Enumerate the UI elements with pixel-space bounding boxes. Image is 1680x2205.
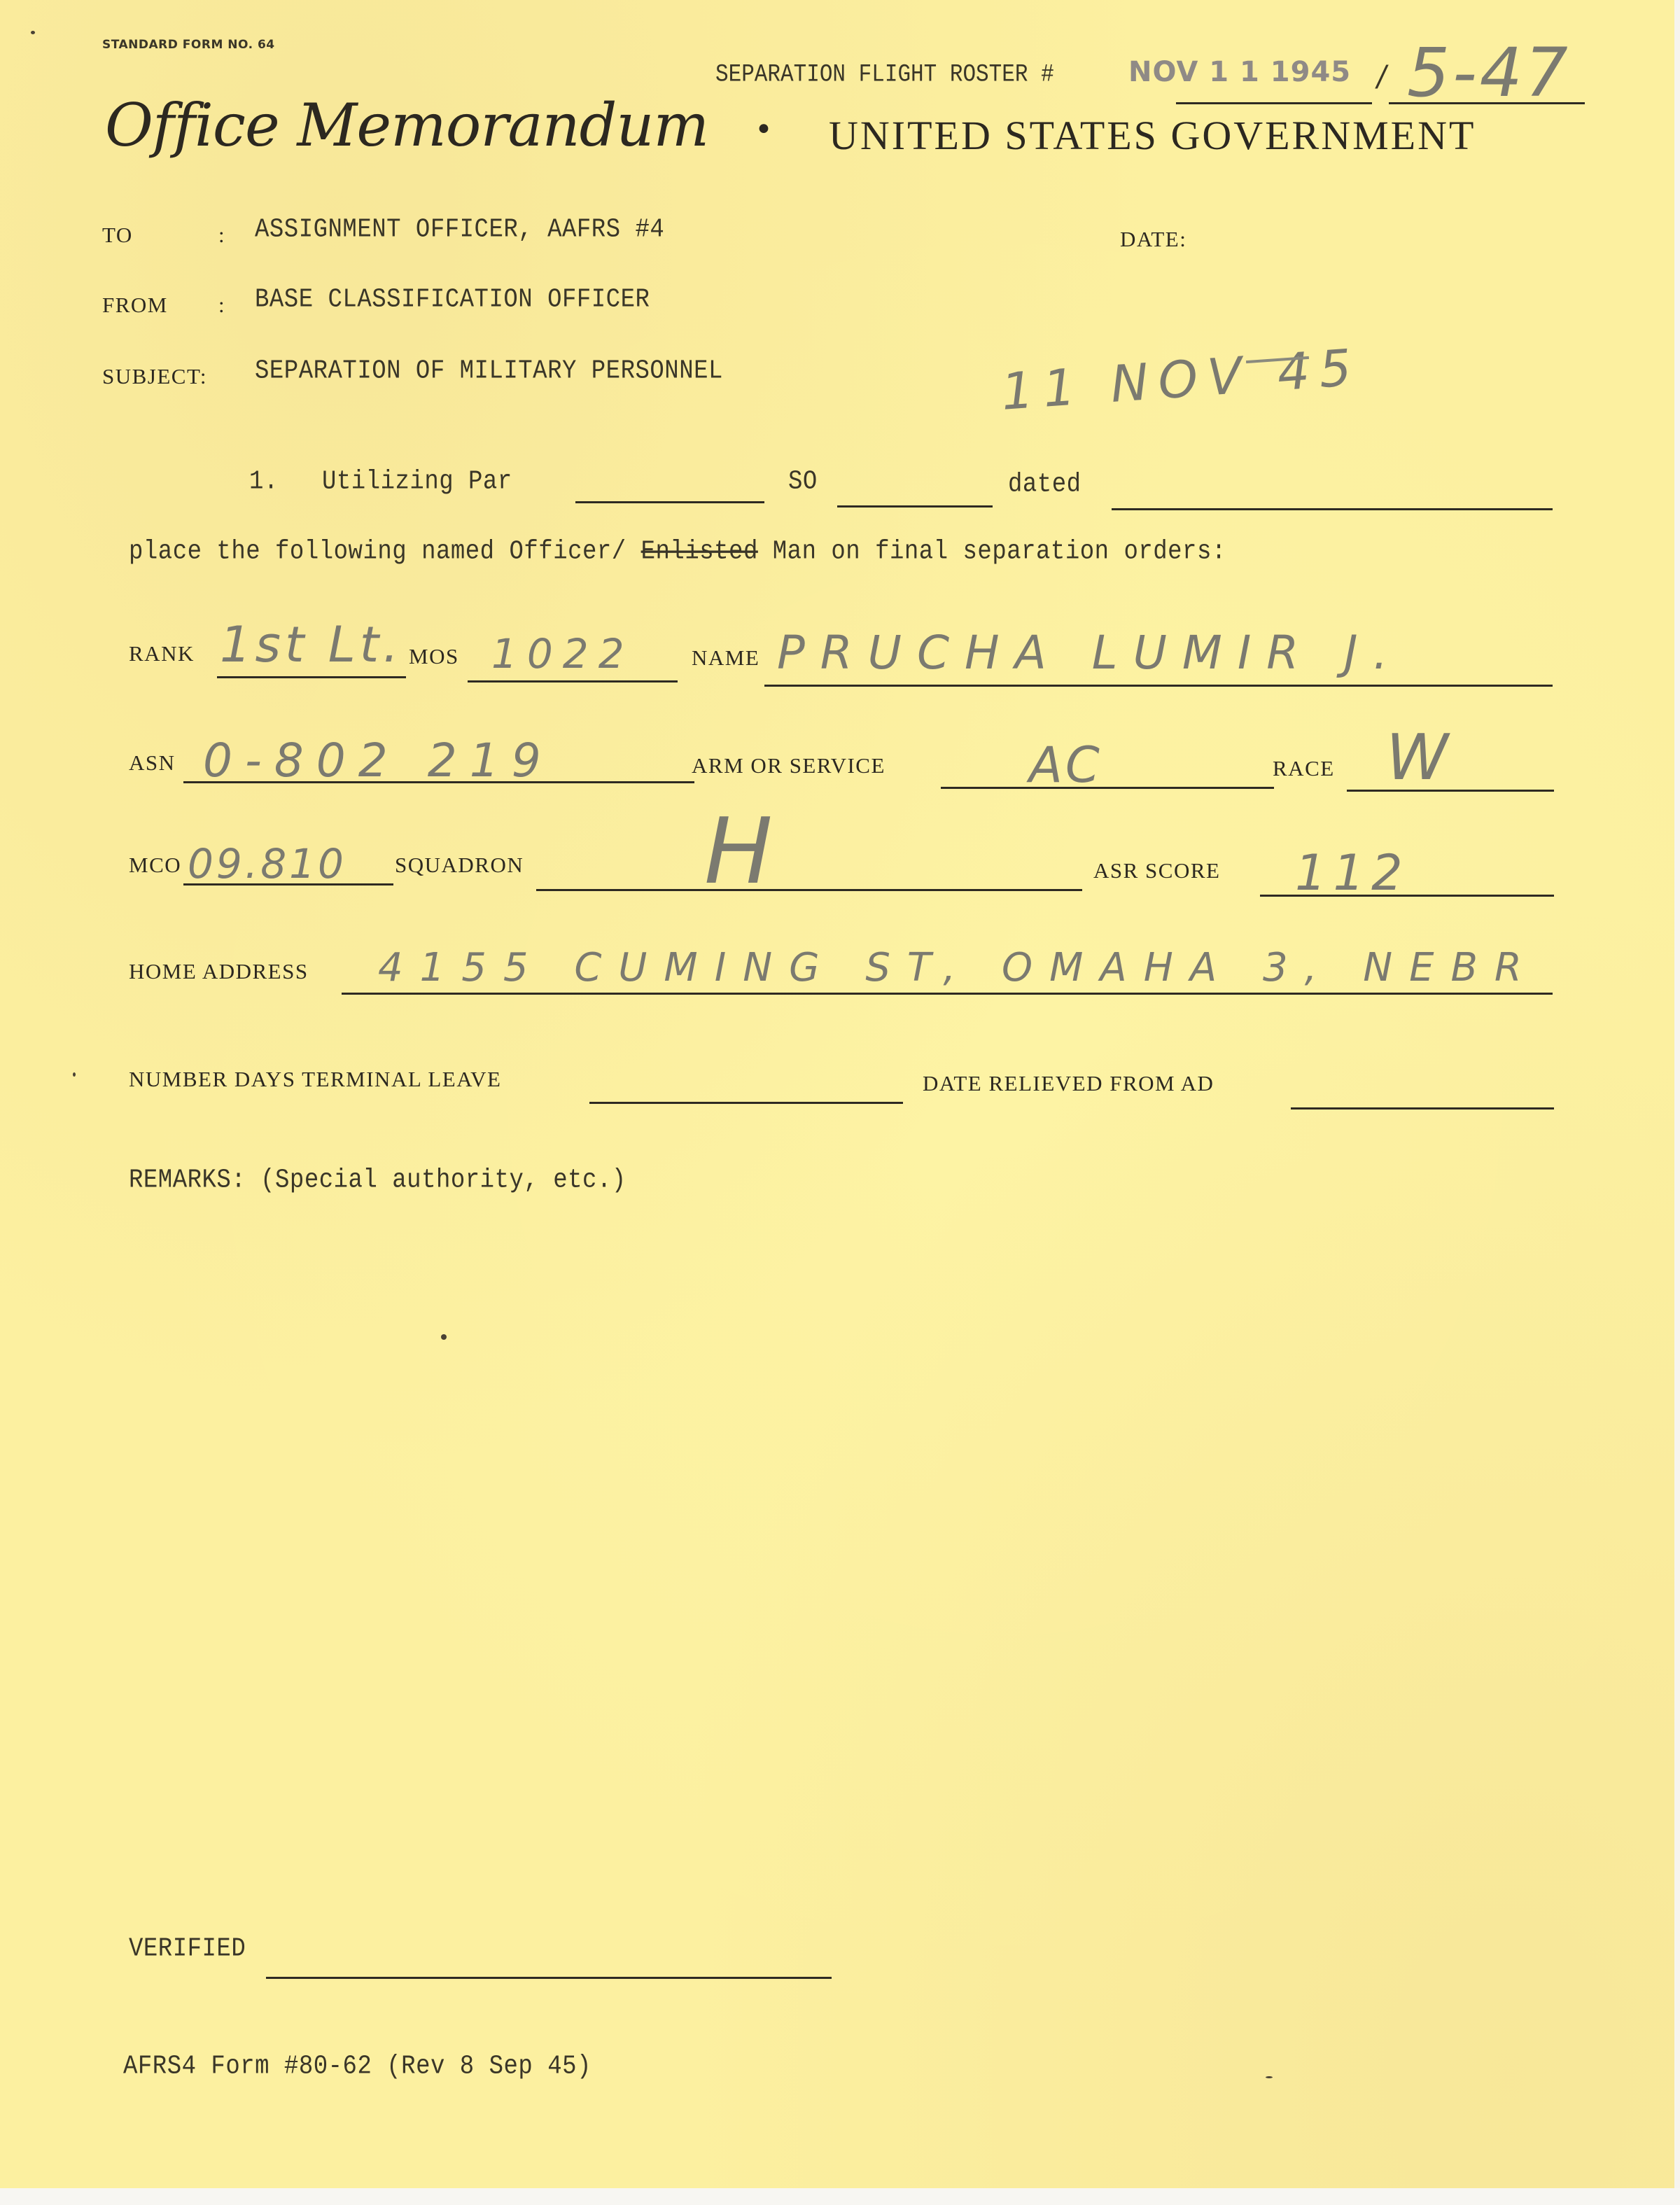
form-identifier: AFRS4 Form #80-62 (Rev 8 Sep 45)	[123, 2052, 591, 2082]
masthead-bullet: •	[755, 112, 773, 148]
terminal-leave-label: NUMBER DAYS TERMINAL LEAVE	[129, 1067, 501, 1092]
asr-score-label: ASR SCORE	[1093, 858, 1220, 883]
par-field-line[interactable]	[575, 501, 764, 503]
remarks-label: REMARKS: (Special authority, etc.)	[129, 1165, 626, 1196]
arm-service-field-line	[941, 787, 1274, 789]
utilizing-par-label: Utilizing Par	[322, 467, 512, 497]
verified-label: VERIFIED	[129, 1934, 246, 1964]
date-relieved-label: DATE RELIEVED FROM AD	[923, 1071, 1214, 1096]
name-field-line	[764, 685, 1553, 687]
paper-speck	[441, 1334, 447, 1340]
instruction-line: place the following named Officer/ Enlis…	[129, 537, 1226, 567]
paragraph-number: 1.	[249, 467, 279, 497]
from-value: BASE CLASSIFICATION OFFICER	[255, 285, 650, 315]
rank-field-line	[217, 676, 406, 678]
so-label: SO	[788, 467, 818, 497]
handwritten-date[interactable]: 11 NOV 45	[1000, 337, 1363, 421]
mos-value[interactable]: 1022	[491, 630, 634, 678]
dated-label: dated	[1008, 470, 1081, 500]
roster-label: SEPARATION FLIGHT ROSTER #	[715, 61, 1054, 89]
to-label: TO	[102, 223, 133, 248]
arm-service-label: ARM OR SERVICE	[692, 753, 885, 778]
squadron-label: SQUADRON	[395, 853, 524, 878]
home-address-label: HOME ADDRESS	[129, 959, 309, 984]
roster-number-handwritten[interactable]: 5-47	[1407, 34, 1571, 112]
from-colon: :	[218, 293, 225, 318]
arm-service-value[interactable]: AC	[1029, 736, 1102, 794]
home-address-value[interactable]: 4155 CUMING ST, OMAHA 3, NEBR	[378, 945, 1539, 990]
dated-field-line[interactable]	[1112, 508, 1553, 510]
home-address-field-line	[342, 993, 1553, 995]
scan-edge-right	[1674, 0, 1680, 2205]
name-label: NAME	[692, 645, 759, 671]
race-label: RACE	[1273, 756, 1335, 781]
date-relieved-field-line[interactable]	[1291, 1107, 1554, 1109]
to-colon: :	[218, 223, 225, 248]
verified-signature-line[interactable]	[266, 1977, 832, 1979]
asn-value[interactable]: 0-802 219	[203, 734, 554, 787]
rank-label: RANK	[129, 641, 195, 666]
name-value[interactable]: PRUCHA LUMIR J.	[777, 626, 1403, 680]
squadron-field-line	[536, 889, 1082, 891]
memo-page: STANDARD FORM NO. 64 Office Memorandum •…	[0, 0, 1674, 2188]
roster-separator: /	[1373, 62, 1390, 99]
from-label: FROM	[102, 293, 168, 318]
mos-label: MOS	[409, 644, 459, 669]
terminal-leave-field-line[interactable]	[589, 1102, 903, 1104]
masthead-title: Office Memorandum	[105, 91, 708, 160]
paper-speck	[31, 31, 35, 34]
mos-field-line	[468, 680, 678, 682]
subject-value: SEPARATION OF MILITARY PERSONNEL	[255, 356, 723, 386]
subject-label: SUBJECT:	[102, 364, 207, 389]
date-label: DATE:	[1120, 227, 1186, 252]
paper-speck	[1266, 2076, 1273, 2078]
paper-speck	[73, 1072, 76, 1077]
standard-form-number: STANDARD FORM NO. 64	[102, 38, 275, 52]
remarks-area[interactable]	[129, 1218, 1529, 1848]
received-date-stamp: NOV 1 1 1945	[1128, 56, 1351, 88]
rank-value[interactable]: 1st Lt.	[220, 616, 402, 673]
asr-score-value[interactable]: 112	[1295, 844, 1410, 902]
asn-label: ASN	[129, 750, 176, 776]
to-value: ASSIGNMENT OFFICER, AAFRS #4	[255, 215, 664, 245]
scan-edge-bottom	[0, 2188, 1680, 2205]
so-field-line[interactable]	[837, 505, 993, 507]
roster-date-line	[1176, 102, 1372, 104]
mco-label: MCO	[129, 853, 181, 878]
race-value[interactable]: W	[1386, 721, 1458, 794]
masthead-government: UNITED STATES GOVERNMENT	[829, 112, 1476, 159]
mco-value[interactable]: 09.810	[188, 840, 346, 888]
squadron-value[interactable]: H	[704, 798, 773, 904]
struck-enlisted: Enlisted	[641, 537, 758, 567]
